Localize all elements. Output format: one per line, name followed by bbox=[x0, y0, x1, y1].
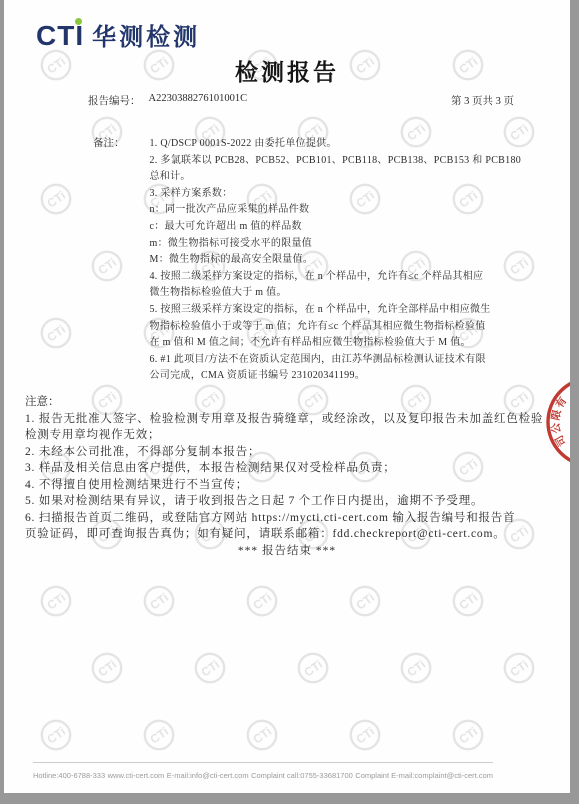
remark-line: 在 m 值和 M 值之间；不允许有样品相应微生物指标检验值大于 M 值。 bbox=[150, 335, 522, 352]
remark-line: c：最大可允许超出 m 值的样品数 bbox=[150, 219, 522, 236]
report-meta-row: 报告编号： A2230388276101001C 第 3 页共 3 页 bbox=[88, 93, 514, 108]
footer-item: Complaint call:0755-33681700 bbox=[251, 771, 353, 780]
cti-logo-latin: CTI bbox=[36, 22, 84, 50]
remark-line: M：微生物指标的最高安全限量值。 bbox=[150, 252, 522, 269]
footer-item: Hotline:400-6788-333 bbox=[33, 771, 105, 780]
remark-line: 4. 按照二级采样方案设定的指标，在 n 个样品中，允许有≤c 个样品其相应 bbox=[150, 269, 522, 286]
scanned-report-page: { "brand": { "logo_latin": "CTI", "logo_… bbox=[0, 0, 579, 804]
report-number-label: 报告编号： bbox=[88, 93, 141, 108]
remark-line: 1. Q/DSCP 0001S-2022 由委托单位提供。 bbox=[150, 136, 522, 153]
note-line: 1. 报告无批准人签字、检验检测专用章及报告骑缝章，或经涂改，以及复印报告未加盖… bbox=[25, 411, 549, 428]
remark-line: 2. 多氯联苯以 PCB28、PCB52、PCB101、PCB118、PCB13… bbox=[150, 153, 522, 170]
remark-line: 5. 按照三级采样方案设定的指标，在 n 个样品中，允许全部样品中相应微生 bbox=[150, 302, 522, 319]
footer-contact-bar: Hotline:400-6788-333www.cti-cert.comE-ma… bbox=[33, 762, 493, 780]
remark-line: 微生物指标检验值大于 m 值。 bbox=[150, 285, 522, 302]
remarks-lines: 1. Q/DSCP 0001S-2022 由委托单位提供。2. 多氯联苯以 PC… bbox=[150, 136, 522, 385]
report-page: CTiCTiCTiCTiCTiCTiCTiCTiCTiCTiCTiCTiCTiC… bbox=[4, 0, 570, 793]
page-indicator: 第 3 页共 3 页 bbox=[451, 93, 514, 108]
report-content: CTI 华测检测 检测报告 报告编号： A2230388276101001C 第… bbox=[4, 0, 570, 793]
cti-logo-chinese: 华测检测 bbox=[92, 26, 200, 50]
logo-green-dot-icon bbox=[75, 18, 82, 25]
footer-item: www.cti-cert.com bbox=[108, 771, 165, 780]
report-number-group: 报告编号： A2230388276101001C bbox=[88, 93, 247, 108]
remarks-section: 备注： 1. Q/DSCP 0001S-2022 由委托单位提供。2. 多氯联苯… bbox=[93, 136, 521, 385]
report-title: 检测报告 bbox=[4, 54, 570, 87]
cti-logo: CTI 华测检测 bbox=[36, 22, 200, 50]
remark-line: 公司完成，CMA 资质证书编号 231020341199。 bbox=[150, 368, 522, 385]
remark-line: 6. #1 此项目/方法不在资质认定范围内，由江苏华测品标检测认证技术有限 bbox=[150, 352, 522, 369]
note-line: 检测专用章均视作无效； bbox=[25, 427, 549, 444]
note-line: 3. 样品及相关信息由客户提供，本报告检测结果仅对受检样品负责； bbox=[25, 460, 549, 477]
notes-label: 注意： bbox=[25, 394, 549, 411]
report-end-marker: *** 报告结束 *** bbox=[25, 543, 549, 560]
remark-line: m：微生物指标可接受水平的限量值 bbox=[150, 236, 522, 253]
remark-line: 3. 采样方案系数： bbox=[150, 186, 522, 203]
company-seal-stamp: 司公限有 bbox=[544, 372, 570, 472]
note-line: 4. 不得擅自使用检测结果进行不当宣传； bbox=[25, 477, 549, 494]
footer-item: E-mail:info@cti-cert.com bbox=[167, 771, 249, 780]
remarks-label: 备注： bbox=[93, 136, 125, 385]
remark-line: 总和计。 bbox=[150, 169, 522, 186]
report-number-value: A2230388276101001C bbox=[149, 93, 248, 108]
note-line: 5. 如果对检测结果有异议，请于收到报告之日起 7 个工作日内提出，逾期不予受理… bbox=[25, 493, 549, 510]
note-line: 2. 未经本公司批准，不得部分复制本报告； bbox=[25, 444, 549, 461]
note-line: 6. 扫描报告首页二维码，或登陆官方网站 https://mycti.cti-c… bbox=[25, 510, 549, 527]
note-line: 页验证码，即可查询报告真伪；如有疑问，请联系邮箱：fdd.checkreport… bbox=[25, 526, 549, 543]
remark-line: 物指标检验值小于或等于 m 值；允许有≤c 个样品其相应微生物指标检验值 bbox=[150, 319, 522, 336]
notes-lines: 1. 报告无批准人签字、检验检测专用章及报告骑缝章，或经涂改，以及复印报告未加盖… bbox=[25, 411, 549, 543]
remark-line: n：同一批次产品应采集的样品件数 bbox=[150, 202, 522, 219]
footer-item: Complaint E-mail:complaint@cti-cert.com bbox=[355, 771, 493, 780]
notes-section: 注意： 1. 报告无批准人签字、检验检测专用章及报告骑缝章，或经涂改，以及复印报… bbox=[25, 394, 549, 559]
